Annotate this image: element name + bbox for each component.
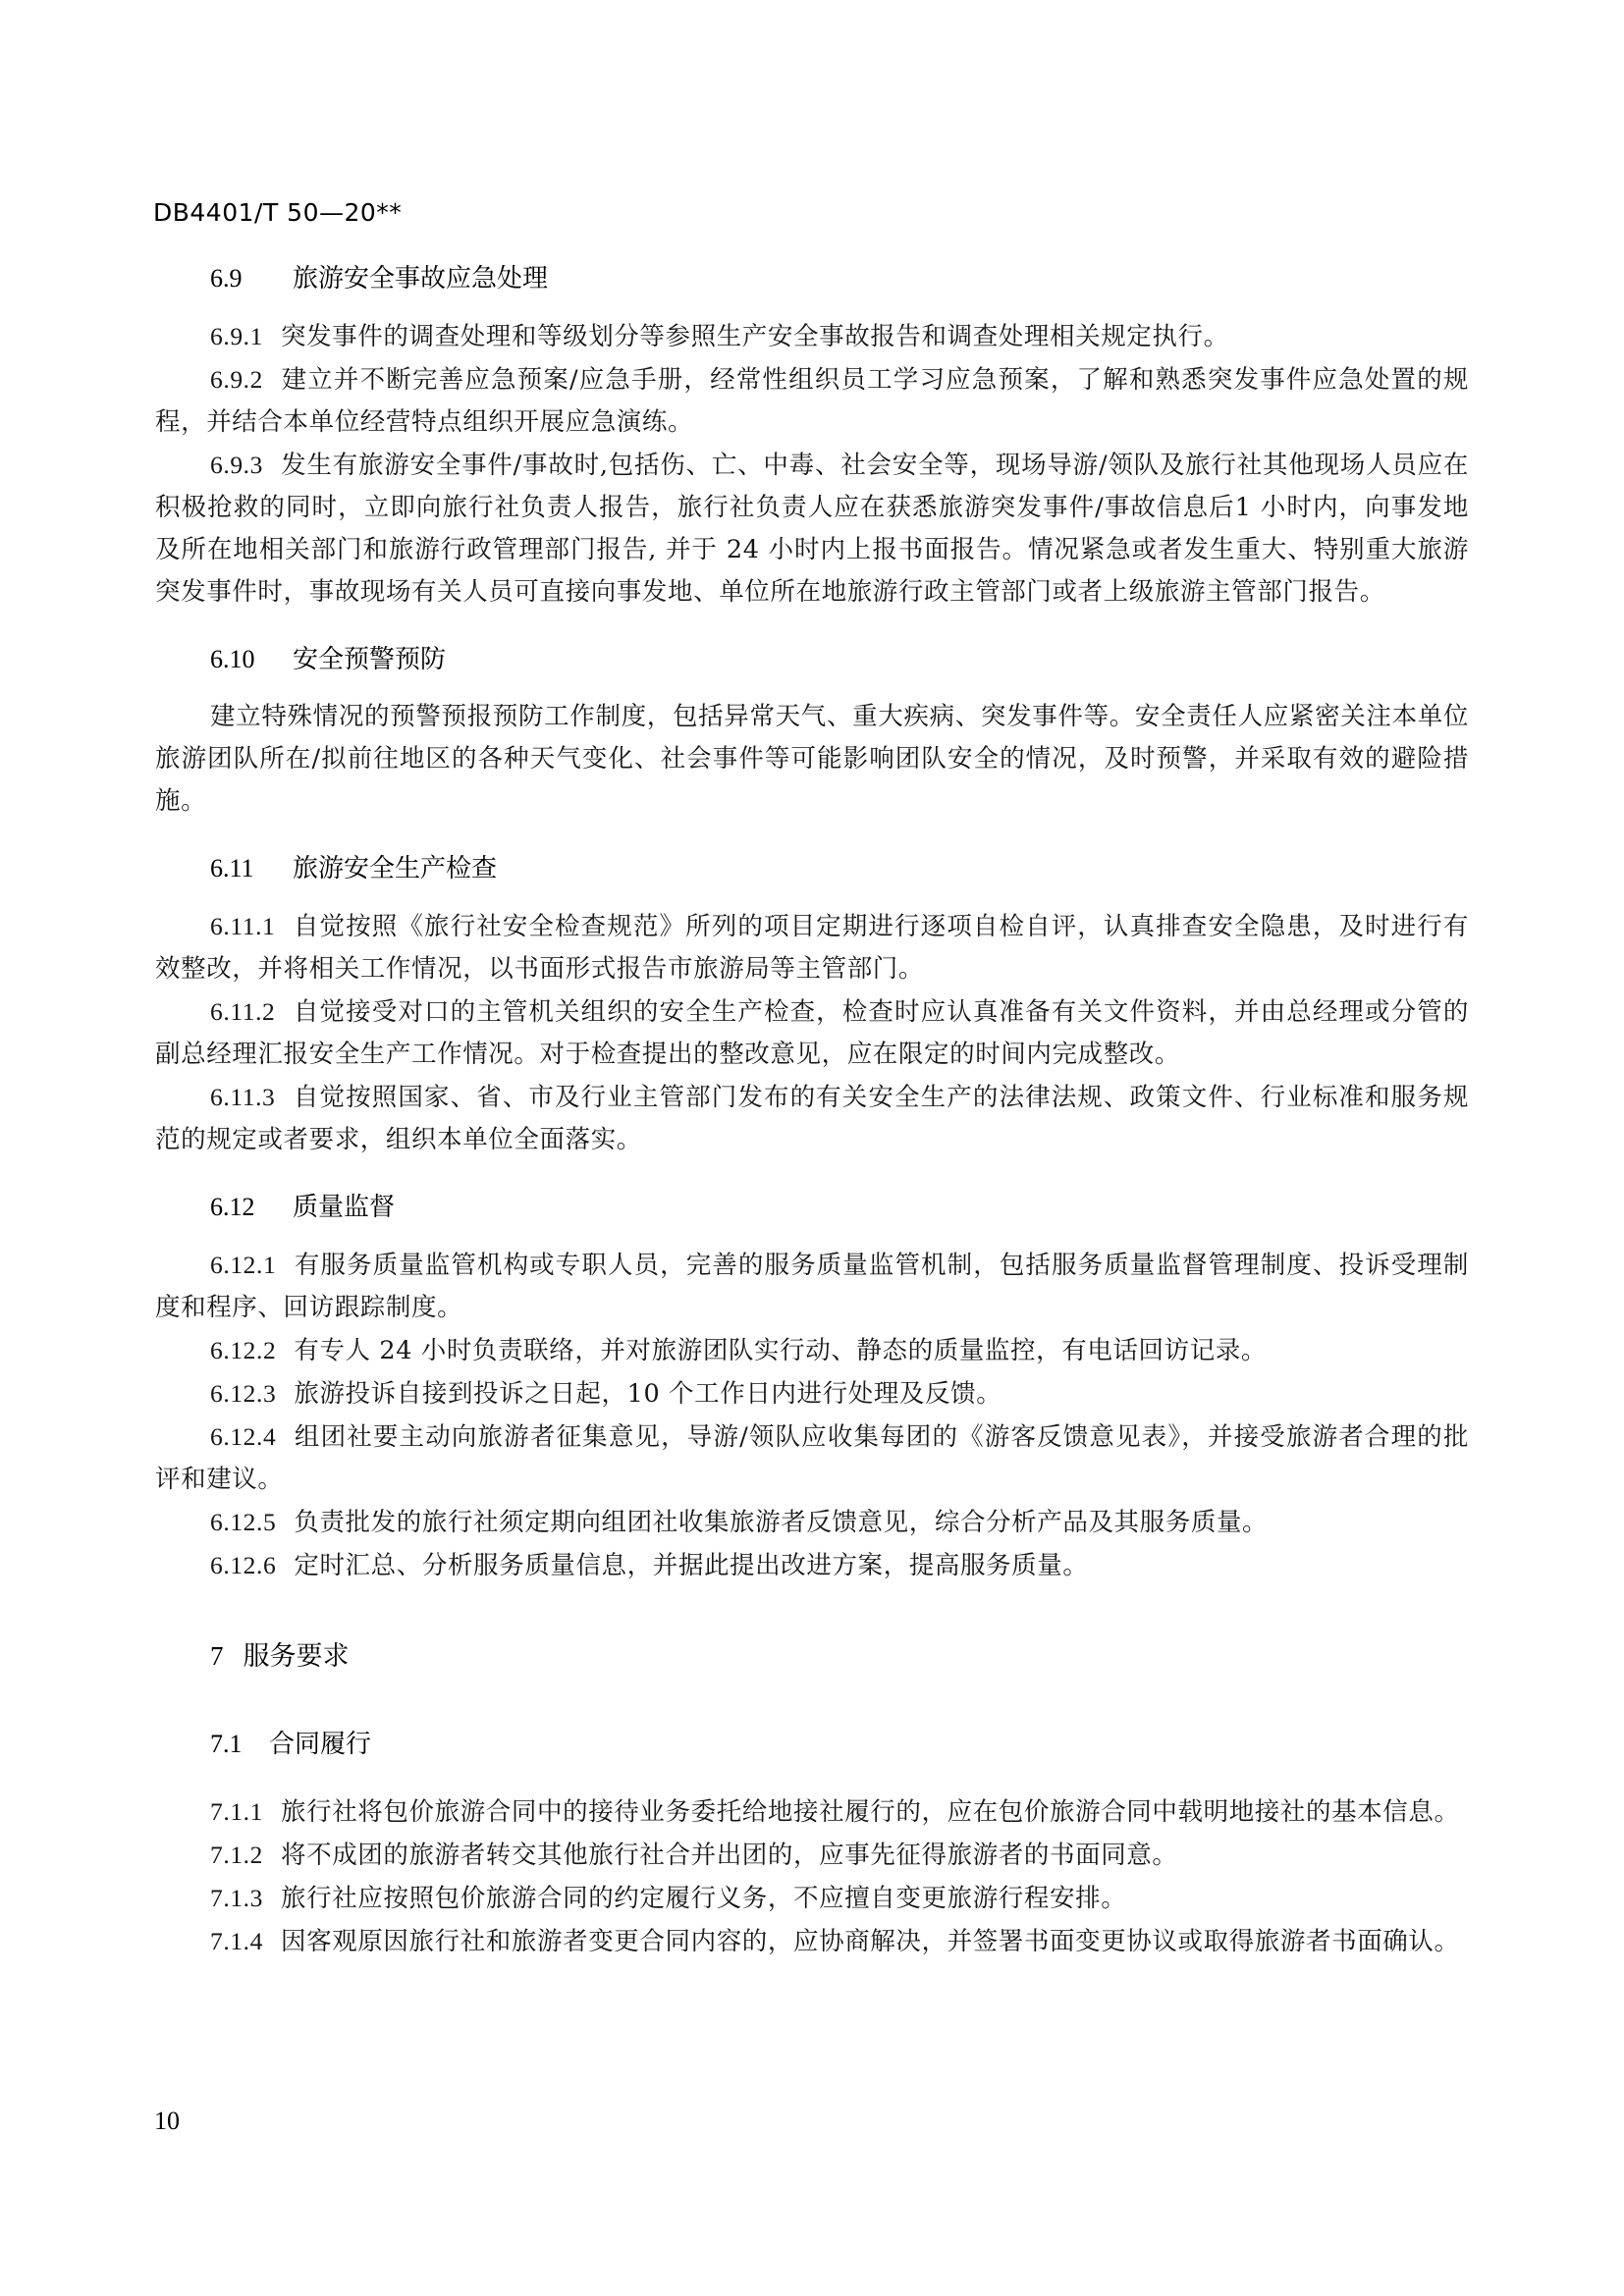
section-heading-6-12: 6.12质量监督 [155, 1189, 1469, 1226]
section-number: 6.9 [210, 260, 289, 297]
clause-6-9-2: 6.9.2建立并不断完善应急预案/应急手册，经常性组织员工学习应急预案，了解和熟… [155, 358, 1469, 444]
chapter-title: 服务要求 [244, 1641, 350, 1672]
clause-text: 旅行社将包价旅游合同中的接待业务委托给地接社履行的，应在包价旅游合同中载明地接社… [281, 1797, 1460, 1827]
clause-text: 定时汇总、分析服务质量信息，并据此提出改进方案，提高服务质量。 [294, 1551, 1088, 1580]
clause-6-9-1: 6.9.1突发事件的调查处理和等级划分等参照生产安全事故报告和调查处理相关规定执… [155, 315, 1469, 358]
clause-number: 7.1.1 [210, 1797, 263, 1826]
section-heading-7-1: 7.1合同履行 [155, 1726, 1469, 1763]
clause-text: 建立特殊情况的预警预报预防工作制度，包括异常天气、重大疾病、突发事件等。安全责任… [155, 702, 1469, 816]
section-title: 旅游安全生产检查 [293, 854, 497, 883]
clause-number: 7.1.4 [210, 1927, 263, 1955]
clause-6-12-1: 6.12.1有服务质量监管机构或专职人员，完善的服务质量监管机制，包括服务质量监… [155, 1244, 1469, 1329]
section-title: 安全预警预防 [293, 645, 446, 674]
clause-number: 6.12.4 [210, 1422, 276, 1451]
clause-6-11-1: 6.11.1自觉按照《旅行社安全检查规范》所列的项目定期进行逐项自检自评，认真排… [155, 905, 1469, 990]
section-number: 7.1 [210, 1726, 265, 1763]
clause-number: 6.12.1 [210, 1251, 276, 1279]
section-heading-6-9: 6.9旅游安全事故应急处理 [155, 260, 1469, 297]
section-number: 6.10 [210, 641, 289, 678]
document-page: DB4401/T 50—20** 6.9旅游安全事故应急处理 6.9.1突发事件… [0, 0, 1624, 2296]
clause-6-10: 建立特殊情况的预警预报预防工作制度，包括异常天气、重大疾病、突发事件等。安全责任… [155, 696, 1469, 823]
standard-code-header: DB4401/T 50—20** [153, 198, 402, 227]
clause-number: 6.9.2 [210, 365, 263, 394]
clause-text: 建立并不断完善应急预案/应急手册，经常性组织员工学习应急预案，了解和熟悉突发事件… [155, 365, 1469, 437]
clause-text: 发生有旅游安全事件/事故时,包括伤、亡、中毒、社会安全等，现场导游/领队及旅行社… [155, 451, 1469, 607]
clause-text: 负责批发的旅行社须定期向组团社收集旅游者反馈意见，综合分析产品及其服务质量。 [294, 1508, 1268, 1537]
clause-6-12-4: 6.12.4组团社要主动向旅游者征集意见，导游/领队应收集每团的《游客反馈意见表… [155, 1415, 1469, 1501]
clause-text: 有专人 24 小时负责联络，并对旅游团队实行动、静态的质量监控，有电话回访记录。 [294, 1336, 1267, 1365]
clause-number: 6.12.6 [210, 1551, 276, 1579]
section-number: 6.12 [210, 1189, 289, 1226]
clause-number: 6.12.5 [210, 1508, 276, 1536]
clause-text: 旅行社应按照包价旅游合同的约定履行义务，不应擅自变更旅游行程安排。 [281, 1884, 1126, 1913]
clause-number: 6.9.3 [210, 451, 263, 479]
clause-7-1-1: 7.1.1旅行社将包价旅游合同中的接待业务委托给地接社履行的，应在包价旅游合同中… [155, 1790, 1469, 1834]
chapter-heading-7: 7服务要求 [155, 1636, 1469, 1677]
clause-text: 组团社要主动向旅游者征集意见，导游/领队应收集每团的《游客反馈意见表》，并接受旅… [155, 1422, 1469, 1494]
clause-7-1-2: 7.1.2将不成团的旅游者转交其他旅行社合并出团的，应事先征得旅游者的书面同意。 [155, 1834, 1469, 1877]
section-title: 旅游安全事故应急处理 [293, 264, 548, 294]
page-number: 10 [154, 2107, 180, 2136]
section-title: 合同履行 [269, 1730, 371, 1759]
clause-number: 6.12.3 [210, 1379, 276, 1408]
chapter-number: 7 [210, 1636, 224, 1676]
clause-text: 因客观原因旅行社和旅游者变更合同内容的，应协商解决，并签署书面变更协议或取得旅游… [281, 1927, 1460, 1956]
clause-text: 将不成团的旅游者转交其他旅行社合并出团的，应事先征得旅游者的书面同意。 [281, 1841, 1178, 1870]
clause-text: 突发事件的调查处理和等级划分等参照生产安全事故报告和调查处理相关规定执行。 [281, 322, 1229, 351]
document-body: 6.9旅游安全事故应急处理 6.9.1突发事件的调查处理和等级划分等参照生产安全… [155, 260, 1469, 1963]
clause-number: 6.9.1 [210, 322, 263, 350]
clause-7-1-3: 7.1.3旅行社应按照包价旅游合同的约定履行义务，不应擅自变更旅游行程安排。 [155, 1877, 1469, 1920]
clause-6-11-2: 6.11.2自觉接受对口的主管机关组织的安全生产检查，检查时应认真准备有关文件资… [155, 990, 1469, 1076]
clause-number: 6.11.3 [210, 1083, 275, 1111]
section-heading-6-10: 6.10安全预警预防 [155, 641, 1469, 678]
clause-6-12-2: 6.12.2有专人 24 小时负责联络，并对旅游团队实行动、静态的质量监控，有电… [155, 1329, 1469, 1372]
section-heading-6-11: 6.11旅游安全生产检查 [155, 850, 1469, 887]
clause-6-9-3: 6.9.3发生有旅游安全事件/事故时,包括伤、亡、中毒、社会安全等，现场导游/领… [155, 444, 1469, 614]
clause-number: 7.1.2 [210, 1841, 263, 1869]
clause-7-1-4: 7.1.4因客观原因旅行社和旅游者变更合同内容的，应协商解决，并签署书面变更协议… [155, 1920, 1469, 1963]
clause-6-12-5: 6.12.5负责批发的旅行社须定期向组团社收集旅游者反馈意见，综合分析产品及其服… [155, 1501, 1469, 1544]
clause-number: 7.1.3 [210, 1884, 263, 1912]
section-number: 6.11 [210, 850, 289, 887]
clause-text: 有服务质量监管机构或专职人员，完善的服务质量监管机制，包括服务质量监督管理制度、… [155, 1251, 1469, 1322]
clause-text: 旅游投诉自接到投诉之日起，10 个工作日内进行处理及反馈。 [294, 1379, 1001, 1409]
section-title: 质量监督 [293, 1193, 395, 1222]
clause-text: 自觉按照《旅行社安全检查规范》所列的项目定期进行逐项自检自评，认真排查安全隐患，… [155, 912, 1469, 984]
clause-6-11-3: 6.11.3自觉按照国家、省、市及行业主管部门发布的有关安全生产的法律法规、政策… [155, 1076, 1469, 1161]
clause-6-12-6: 6.12.6定时汇总、分析服务质量信息，并据此提出改进方案，提高服务质量。 [155, 1544, 1469, 1587]
clause-6-12-3: 6.12.3旅游投诉自接到投诉之日起，10 个工作日内进行处理及反馈。 [155, 1372, 1469, 1415]
clause-number: 6.11.1 [210, 912, 275, 940]
clause-text: 自觉按照国家、省、市及行业主管部门发布的有关安全生产的法律法规、政策文件、行业标… [155, 1083, 1469, 1154]
clause-text: 自觉接受对口的主管机关组织的安全生产检查，检查时应认真准备有关文件资料，并由总经… [155, 997, 1469, 1069]
clause-number: 6.12.2 [210, 1336, 276, 1364]
clause-number: 6.11.2 [210, 997, 275, 1026]
